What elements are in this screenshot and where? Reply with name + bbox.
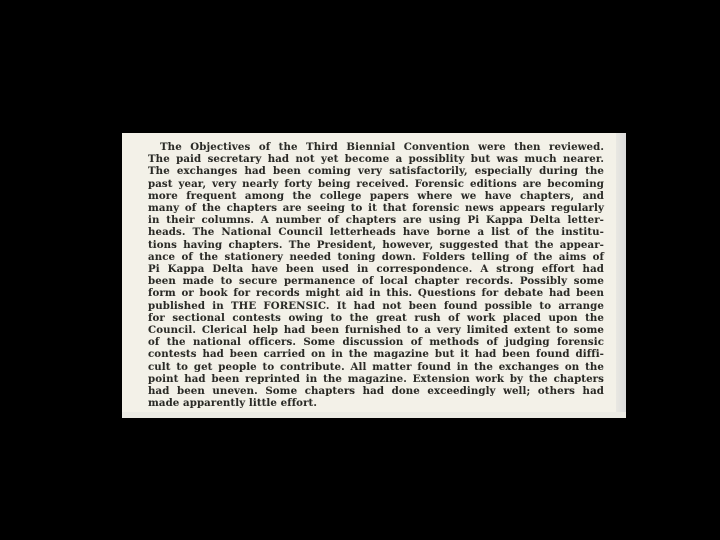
text-line: made apparently little effort. [148,397,604,409]
scanned-document-page: The Objectives of the Third Biennial Con… [122,133,626,418]
text-line: contests had been carried on in the maga… [148,348,604,360]
text-line: in their columns. A number of chapters a… [148,214,604,226]
page-bottom-edge [122,412,626,418]
text-line: many of the chapters are seeing to it th… [148,202,604,214]
text-line: cult to get people to contribute. All ma… [148,361,604,373]
text-line: more frequent among the college papers w… [148,190,604,202]
text-line: past year, very nearly forty being recei… [148,178,604,190]
text-line: published in THE FORENSIC. It had not be… [148,300,604,312]
text-line: The exchanges had been coming very satis… [148,165,604,177]
text-line: for sectional contests owing to the grea… [148,312,604,324]
text-line: had been uneven. Some chapters had done … [148,385,604,397]
text-line: point had been reprinted in the magazine… [148,373,604,385]
text-line: of the national officers. Some discussio… [148,336,604,348]
text-line: heads. The National Council letterheads … [148,226,604,238]
text-line: tions having chapters. The President, ho… [148,239,604,251]
text-line: The Objectives of the Third Biennial Con… [148,141,604,153]
page-edge-shadow [616,133,626,418]
text-line: The paid secretary had not yet become a … [148,153,604,165]
text-line: Council. Clerical help had been furnishe… [148,324,604,336]
text-line: Pi Kappa Delta have been used in corresp… [148,263,604,275]
text-line: ance of the stationery needed toning dow… [148,251,604,263]
text-line: been made to secure permanence of local … [148,275,604,287]
text-line: form or book for records might aid in th… [148,287,604,299]
document-text: The Objectives of the Third Biennial Con… [148,141,604,409]
